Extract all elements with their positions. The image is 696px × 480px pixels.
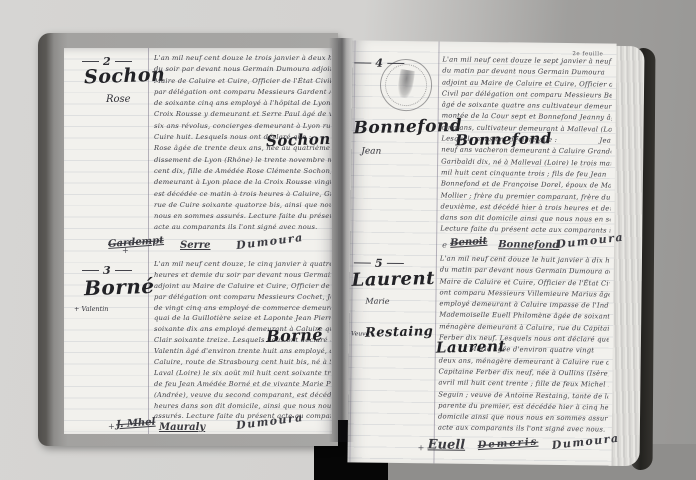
- dash-line: [354, 262, 371, 263]
- handwritten-line: de vingt cinq ans employé de commerce de…: [154, 303, 331, 314]
- handwritten-line: adjoint au Maire de Caluire et Cuire, Of…: [154, 281, 331, 292]
- dash-line: [354, 62, 371, 63]
- left-page: 2 Sochon Rose L'an mil neuf cent douze l…: [64, 48, 332, 434]
- handwritten-line: acte aux comparants ils l'ont signé avec…: [438, 423, 608, 436]
- handwritten-line: L'an mil neuf cent douze le trois janvie…: [154, 53, 331, 64]
- dash-line: [115, 61, 132, 62]
- margin-surname: Borné: [84, 274, 155, 300]
- margin-firstname: Rose: [106, 94, 131, 105]
- handwritten-line: de soixante cinq ans employé à l'hôpital…: [154, 98, 331, 109]
- inline-surname: Laurent: [436, 337, 506, 357]
- signature: Benoit: [450, 236, 488, 249]
- margin-widow-name: Restaing: [365, 324, 434, 341]
- signature: Serre: [180, 240, 210, 251]
- margin-firstname: Jean: [361, 147, 381, 157]
- handwritten-line: Laval (Loire) le six août mil huit cent …: [154, 368, 331, 379]
- dash-line: [82, 270, 99, 271]
- handwritten-line: rue de Cuire soixante quatorze bis, ains…: [154, 200, 331, 211]
- signature: Euell: [428, 437, 466, 452]
- handwritten-line: cent dix, fille de Amédée Rose Clémente …: [154, 166, 331, 177]
- signature: Bonnefond: [498, 239, 559, 251]
- handwritten-line: par délégation ont comparu Messieurs Gar…: [154, 87, 331, 98]
- act-number-value: 4: [375, 57, 383, 70]
- inline-surname: Sochon: [266, 130, 331, 150]
- signature: Demeris: [477, 437, 538, 451]
- handwritten-line: heures et demie du soir par devant nous …: [154, 270, 331, 281]
- handwritten-line: quai de la Guillotière seize et Laponte …: [154, 313, 331, 324]
- dash-line: [387, 263, 404, 264]
- handwritten-line: (Andrée), veuve du second comparant, est…: [154, 390, 331, 401]
- margin-surname: Laurent: [351, 268, 435, 291]
- inline-surname: Bonnefond: [455, 129, 552, 149]
- handwritten-line: acte au comparants ils l'ont signé avec …: [154, 222, 331, 233]
- handwritten-line: Croix Rousse y demeurant et Serre Paul â…: [154, 109, 331, 120]
- handwritten-line: dissement de Lyon (Rhône) le trente nove…: [154, 155, 331, 166]
- act-entry-5: 5 Laurent Marie Veuve Restaing L'an mil …: [353, 40, 617, 43]
- handwritten-line: du soir par devant nous Germain Dumoura …: [154, 64, 331, 75]
- margin-firstname: Marie: [365, 297, 389, 306]
- handwritten-line: demeurant à Lyon place de la Croix Rouss…: [154, 177, 331, 188]
- handwritten-line: Valentin âgé d'environ trente huit ans e…: [154, 346, 331, 357]
- signature: J. Mhel: [116, 417, 156, 431]
- dash-line: [115, 270, 132, 271]
- signature: Gardempt: [108, 235, 164, 250]
- right-page: 2e feuille 4 Bonnefond Jean L'an mil neu…: [347, 40, 616, 465]
- act-number-value: 5: [375, 257, 383, 270]
- handwritten-line: L'an mil neuf cent douze, le cinq janvie…: [154, 259, 331, 270]
- handwritten-line: heures dans son dit domicile, ainsi que …: [154, 401, 331, 412]
- inline-surname: Borné: [266, 325, 324, 346]
- cross-mark: +: [418, 443, 425, 452]
- handwritten-line: nous en sommes assurés. Lecture faite du…: [154, 211, 331, 222]
- handwritten-line: Maire de Caluire et Cuire, Officier de l…: [154, 76, 331, 87]
- handwritten-line: Caluire, route de Strasbourg cent huit b…: [154, 357, 331, 368]
- scanned-register-photo: 2 Sochon Rose L'an mil neuf cent douze l…: [0, 0, 696, 480]
- stamp-figure: [396, 69, 415, 99]
- cross-mark: e: [442, 241, 447, 250]
- margin-firstname: + Valentin: [74, 305, 108, 313]
- handwritten-line: de feu Jean Amédée Borné et de vivante M…: [154, 379, 331, 390]
- handwritten-line: par délégation ont comparu Messieurs Coc…: [154, 292, 331, 303]
- handwritten-line: est décédée ce matin à trois heures à Ca…: [154, 189, 331, 200]
- act-entry-4: 4 Bonnefond Jean L'an mil neuf cent douz…: [353, 40, 617, 43]
- dash-line: [82, 61, 99, 62]
- gutter-rule: [349, 40, 355, 462]
- signature: Mauraly: [159, 422, 205, 433]
- cross-mark: +: [108, 422, 115, 431]
